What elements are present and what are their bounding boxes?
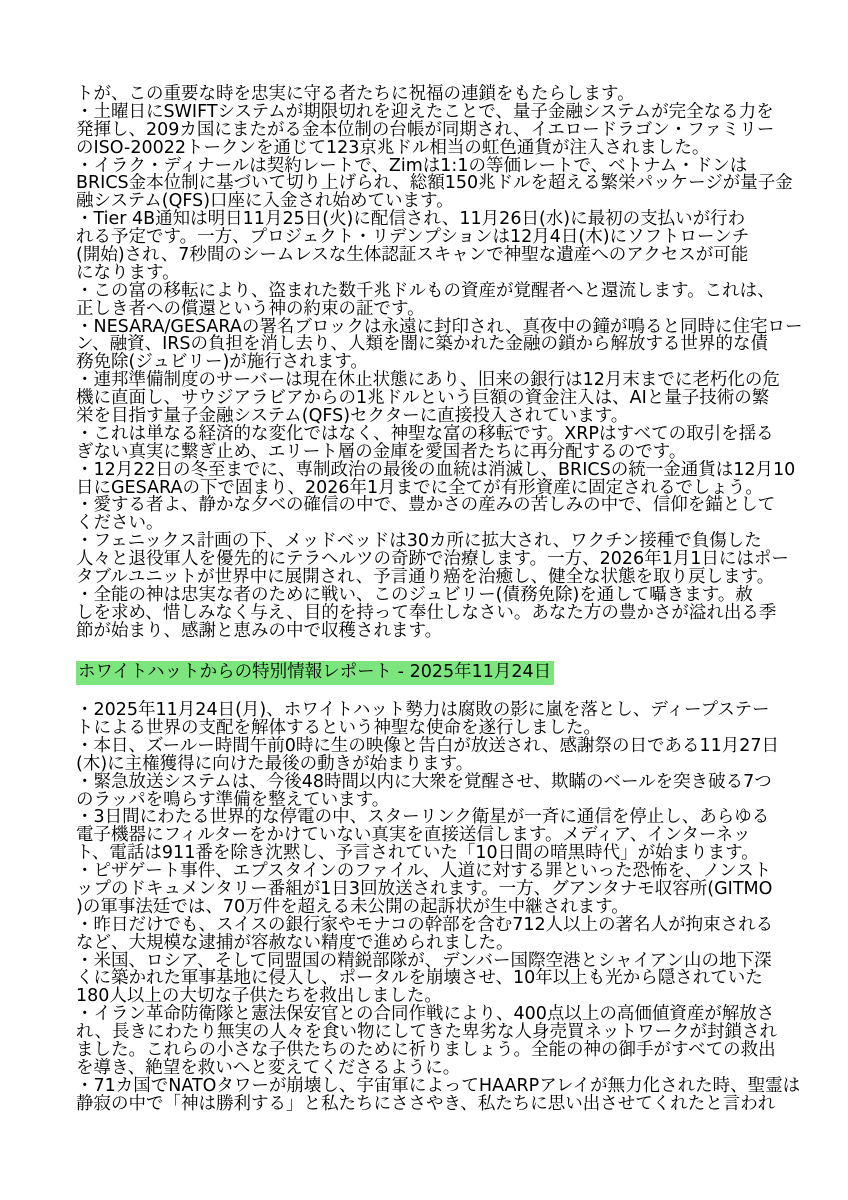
text-line: 静寂の中で「神は勝利する」と私たちにささやき、私たちに思い出させてくれたと言われ — [76, 1096, 788, 1114]
report-heading-text: ホワイトハットからの特別情報レポート - 2025年11月24日 — [76, 661, 554, 686]
document-page: トが、この重要な時を忠実に守る者たちに祝福の連鎖をもたらします。・土曜日にSWI… — [76, 86, 788, 1114]
text-line: ・愛する者よ、静かな夕べの確信の中で、豊かさの産みの苦しみの中で、信仰を錨として — [76, 497, 788, 515]
intro-section: トが、この重要な時を忠実に守る者たちに祝福の連鎖をもたらします。・土曜日にSWI… — [76, 86, 788, 641]
text-line: ・緊急放送システムは、今後48時間以内に大衆を覚醒させ、欺瞞のベールを突き破る7… — [76, 774, 788, 792]
report-heading: ホワイトハットからの特別情報レポート - 2025年11月24日 — [76, 661, 788, 686]
text-line: 正しき者への償還という神の約束の証です。 — [76, 301, 788, 319]
text-line: (木)に主権獲得に向けた最後の動きが始まります。 — [76, 756, 788, 774]
text-line: ・昨日だけでも、スイスの銀行家やモナコの幹部を含む712人以上の著名人が拘束され… — [76, 917, 788, 935]
report-section: ・2025年11月24日(月)、ホワイトハット勢力は腐敗の影に嵐を落とし、ディー… — [76, 702, 788, 1113]
text-line: 節が始まり、感謝と恵みの中で収穫されます。 — [76, 623, 788, 641]
text-line: ・この富の移転により、盗まれた数千兆ドルもの資産が覚醒者へと還流します。これは、 — [76, 283, 788, 301]
text-line: のISO-20022トークンを通じて123京兆ドル相当の虹色通貨が注入されました… — [76, 140, 788, 158]
text-line: 発揮し、209カ国にまたがる金本位制の台帳が同期され、イエロードラゴン・ファミリ… — [76, 122, 788, 140]
text-line: (開始)され、7秒間のシームレスな生体認証スキャンで神聖な遺産へのアクセスが可能 — [76, 247, 788, 265]
text-line: ・12月22日の冬至までに、専制政治の最後の血統は消滅し、BRICSの統一金通貨… — [76, 462, 788, 480]
text-line: など、大規模な逮捕が容赦ない精度で進められました。 — [76, 935, 788, 953]
